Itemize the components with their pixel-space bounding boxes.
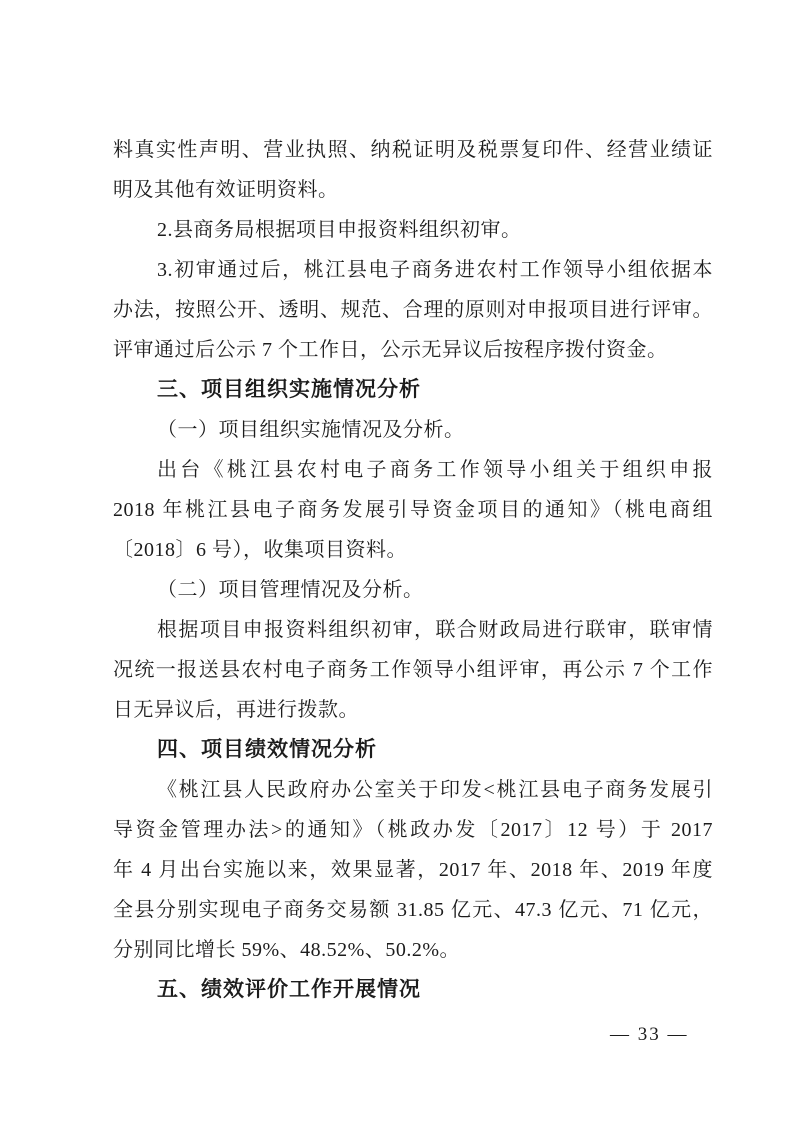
- text-line: 明及其他有效证明资料。: [113, 170, 713, 210]
- text-line: （二）项目管理情况及分析。: [113, 570, 713, 610]
- text-line: 料真实性声明、营业执照、纳税证明及税票复印件、经营业绩证: [113, 130, 713, 170]
- text-line: 评审通过后公示 7 个工作日，公示无异议后按程序拨付资金。: [113, 330, 713, 370]
- text-line: 分别同比增长 59%、48.52%、50.2%。: [113, 930, 713, 970]
- text-line: 日无异议后，再进行拨款。: [113, 690, 713, 730]
- section-heading: 四、项目绩效情况分析: [113, 730, 713, 770]
- text-line: 况统一报送县农村电子商务工作领导小组评审，再公示 7 个工作: [113, 650, 713, 690]
- text-line: 导资金管理办法>的通知》（桃政办发〔2017〕12 号）于 2017: [113, 810, 713, 850]
- page-number: — 33 —: [610, 1024, 689, 1046]
- text-line: 出台《桃江县农村电子商务工作领导小组关于组织申报: [113, 450, 713, 490]
- text-line: 全县分别实现电子商务交易额 31.85 亿元、47.3 亿元、71 亿元，: [113, 890, 713, 930]
- section-heading: 五、绩效评价工作开展情况: [113, 970, 713, 1010]
- text-line: 办法，按照公开、透明、规范、合理的原则对申报项目进行评审。: [113, 290, 713, 330]
- text-line: 3.初审通过后，桃江县电子商务进农村工作领导小组依据本: [113, 250, 713, 290]
- text-line: 年 4 月出台实施以来，效果显著，2017 年、2018 年、2019 年度: [113, 850, 713, 890]
- text-line: 2018 年桃江县电子商务发展引导资金项目的通知》（桃电商组: [113, 490, 713, 530]
- text-line: 〔2018〕6 号），收集项目资料。: [113, 530, 713, 570]
- document-page: 料真实性声明、营业执照、纳税证明及税票复印件、经营业绩证明及其他有效证明资料。2…: [0, 0, 800, 1131]
- text-line: 2.县商务局根据项目申报资料组织初审。: [113, 210, 713, 250]
- section-heading: 三、项目组织实施情况分析: [113, 370, 713, 410]
- document-lines: 料真实性声明、营业执照、纳税证明及税票复印件、经营业绩证明及其他有效证明资料。2…: [113, 130, 713, 1010]
- text-line: （一）项目组织实施情况及分析。: [113, 410, 713, 450]
- text-line: 《桃江县人民政府办公室关于印发<桃江县电子商务发展引: [113, 770, 713, 810]
- text-line: 根据项目申报资料组织初审，联合财政局进行联审，联审情: [113, 610, 713, 650]
